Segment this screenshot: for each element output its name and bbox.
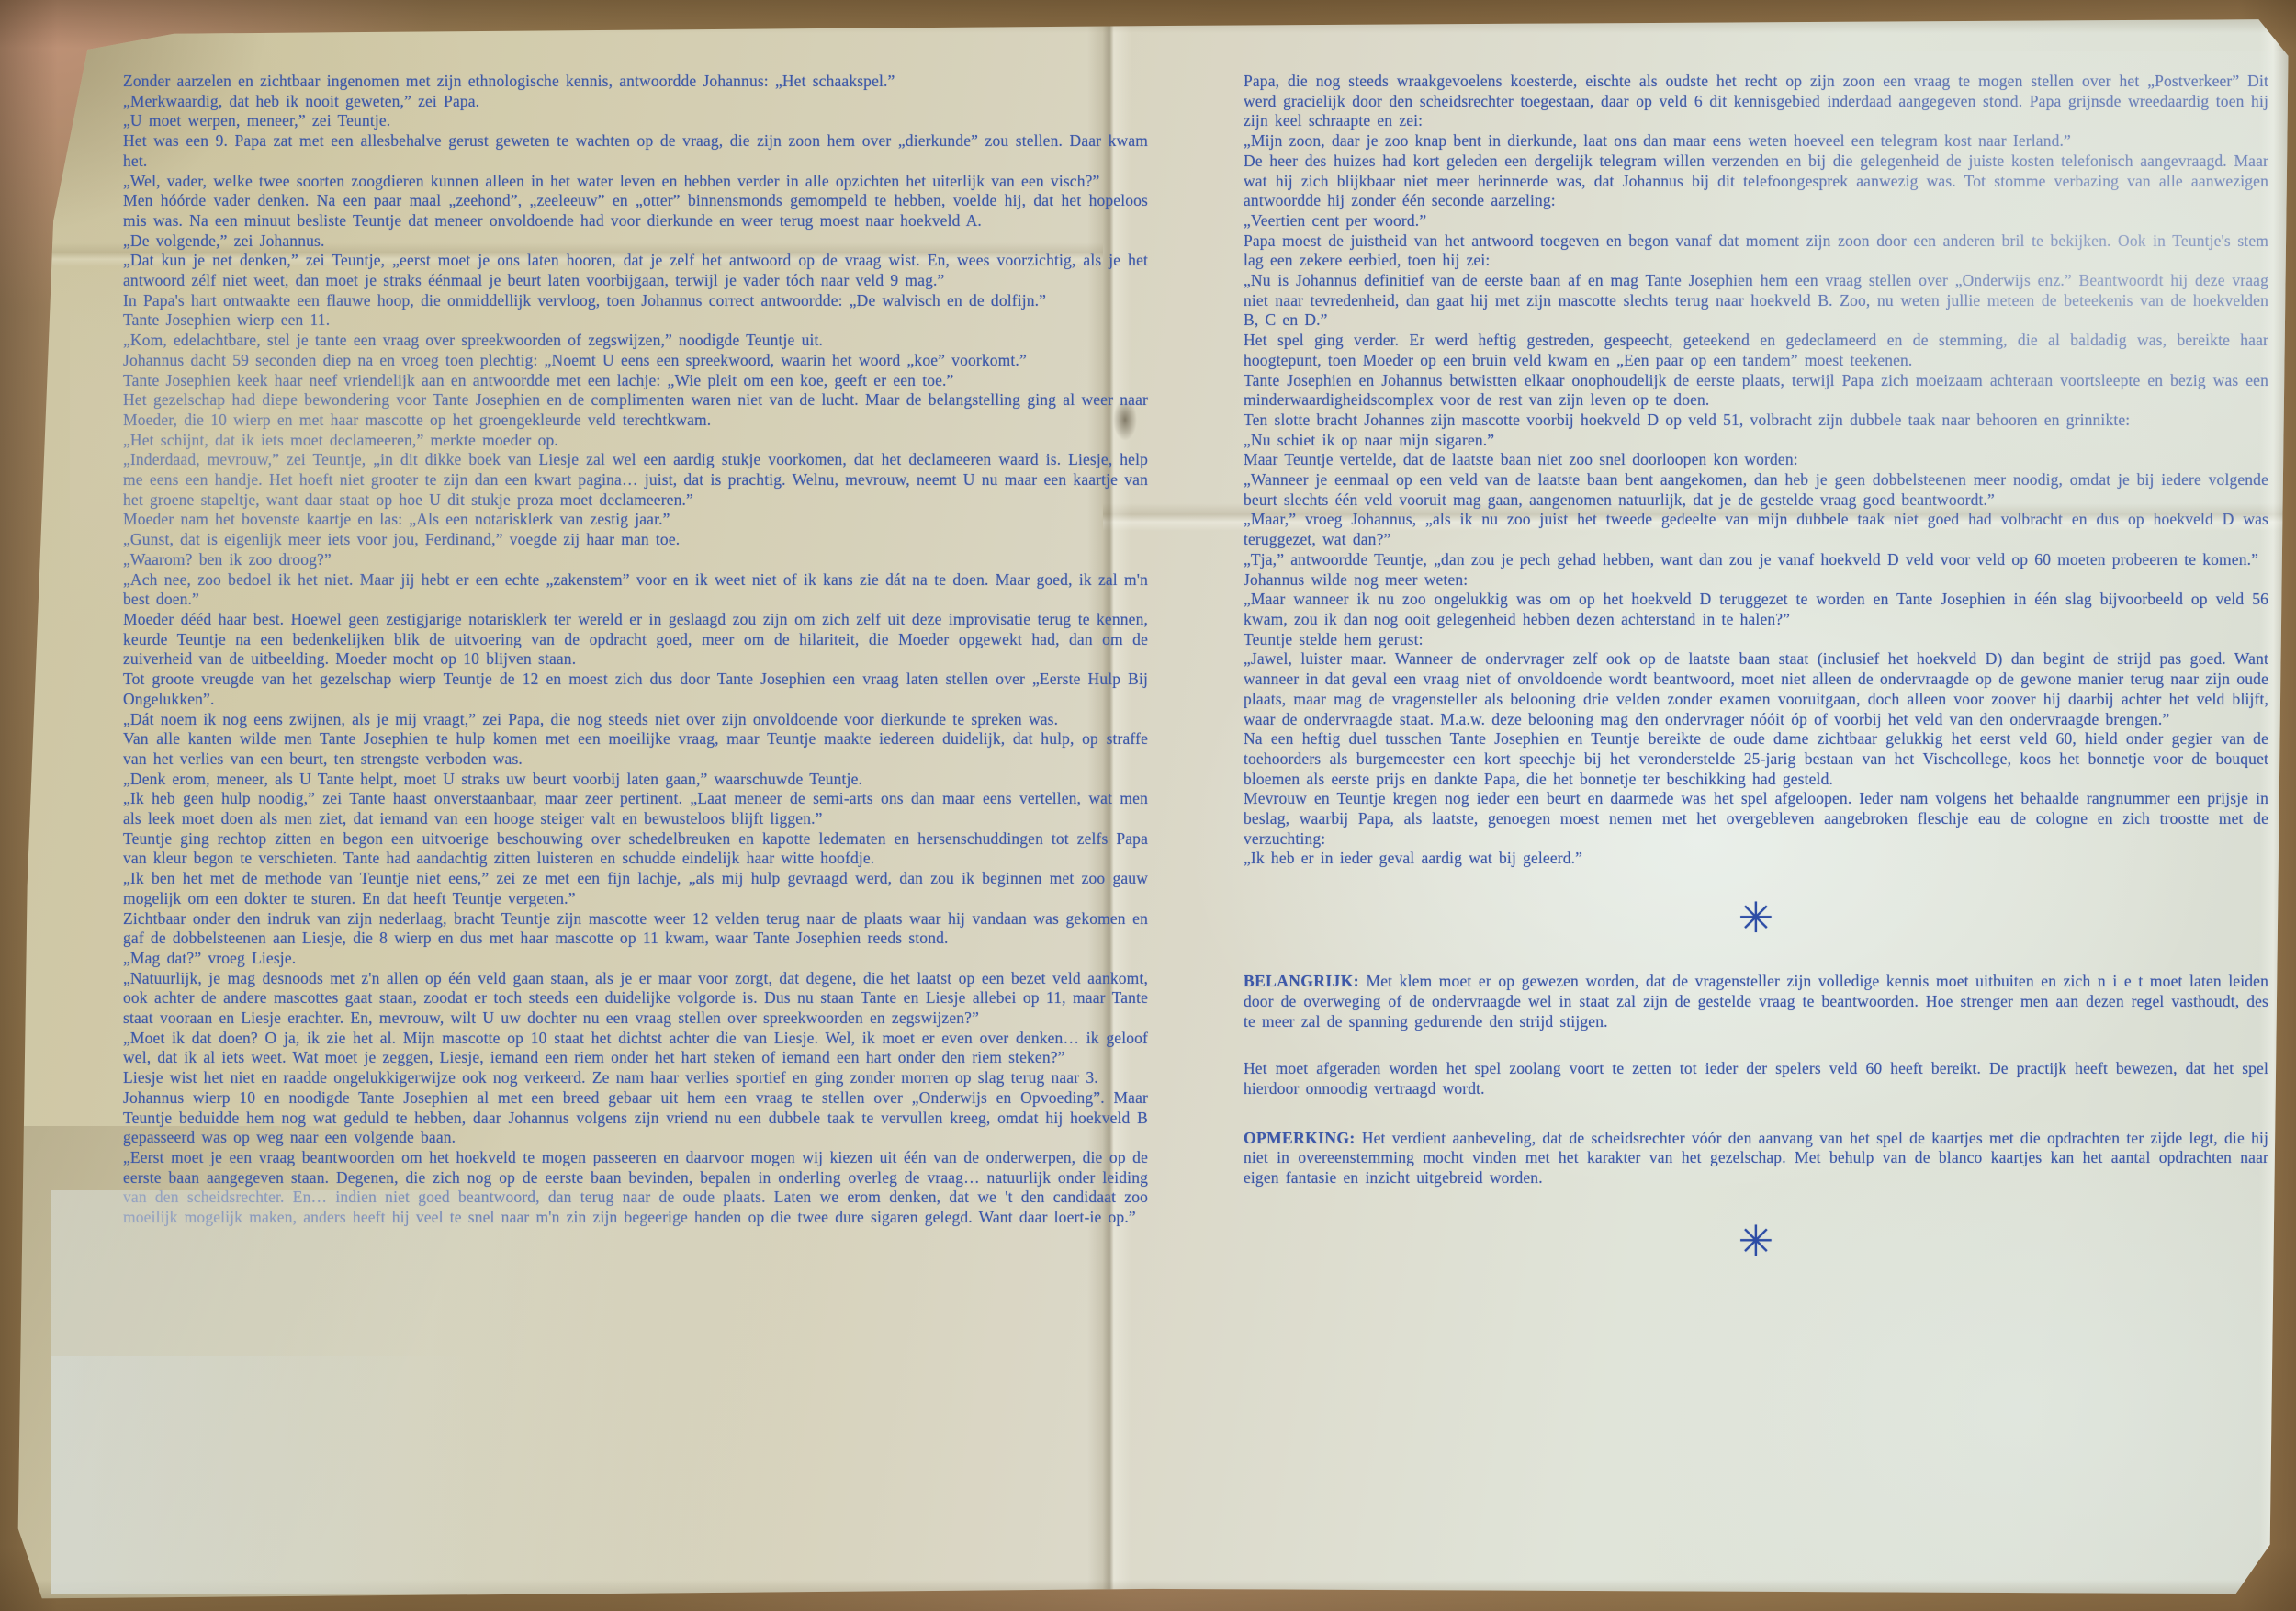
- paragraph: „Wanneer je eenmaal op een veld van de l…: [1244, 470, 2268, 510]
- paragraph: „Ach nee, zoo bedoel ik het niet. Maar j…: [123, 570, 1148, 610]
- paragraph: Moeder dééd haar best. Hoewel geen zesti…: [123, 610, 1148, 670]
- paragraph: Teuntje ging rechtop zitten en begon een…: [123, 829, 1148, 869]
- asterisk-separator: ✳: [1244, 1220, 2268, 1262]
- paragraph: „Ik ben het met de methode van Teuntje n…: [123, 869, 1148, 908]
- paragraph: Johannus wierp 10 en noodigde Tante Jose…: [123, 1088, 1148, 1148]
- paragraph: „Maar,” vroeg Johannus, „als ik nu zoo j…: [1244, 510, 2268, 549]
- advice-note: Het moet afgeraden worden het spel zoola…: [1244, 1059, 2268, 1098]
- paragraph: Men hóórde vader denken. Na een paar maa…: [123, 191, 1148, 231]
- paragraph: „Wel, vader, welke twee soorten zoogdier…: [123, 172, 1148, 192]
- important-note-label: BELANGRIJK:: [1244, 972, 1359, 990]
- paragraph: „Mag dat?” vroeg Liesje.: [123, 949, 1148, 969]
- paragraph: „U moet werpen, meneer,” zei Teuntje.: [123, 111, 1148, 131]
- paragraph: In Papa's hart ontwaakte een flauwe hoop…: [123, 291, 1148, 311]
- paragraph: Het gezelschap had diepe bewondering voo…: [123, 390, 1148, 430]
- paragraph: Zichtbaar onder den indruk van zijn nede…: [123, 909, 1148, 949]
- remark-note-text: Het verdient aanbeveling, dat de scheids…: [1244, 1129, 2268, 1187]
- scan-fade-overlay: [51, 1190, 878, 1594]
- paragraph: Papa, die nog steeds wraakgevoelens koes…: [1244, 72, 2268, 131]
- paragraph: „Nu schiet ik op naar mijn sigaren.”: [1244, 431, 2268, 451]
- paragraph: „De volgende,” zei Johannus.: [123, 231, 1148, 252]
- paragraph: Zonder aarzelen en zichtbaar ingenomen m…: [123, 72, 1148, 92]
- paragraph: Ten slotte bracht Johannes zijn mascotte…: [1244, 411, 2268, 431]
- paragraph: „Ik heb er in ieder geval aardig wat bij…: [1244, 849, 2268, 869]
- scanned-document-page: { "document": { "language": "nl", "ink_c…: [0, 0, 2296, 1611]
- paragraph: „Natuurlijk, je mag desnoods met z'n all…: [123, 969, 1148, 1029]
- paragraph: „Inderdaad, mevrouw,” zei Teuntje, „in d…: [123, 450, 1148, 510]
- left-column-text: Zonder aarzelen en zichtbaar ingenomen m…: [123, 72, 1148, 1228]
- paragraph: „Kom, edelachtbare, stel je tante een vr…: [123, 331, 1148, 351]
- scan-fade-overlay: [51, 1356, 474, 1594]
- paragraph: Papa moest de juistheid van het antwoord…: [1244, 231, 2268, 271]
- paragraph: „Het schijnt, dat ik iets moet declameer…: [123, 431, 1148, 451]
- paragraph: Liesje wist het niet en raadde ongelukki…: [123, 1068, 1148, 1088]
- right-column-story: Papa, die nog steeds wraakgevoelens koes…: [1244, 72, 2268, 869]
- paragraph: „Eerst moet je een vraag beantwoorden om…: [123, 1148, 1148, 1228]
- paragraph: Tante Josephien en Johannus betwistten e…: [1244, 371, 2268, 411]
- paragraph: Teuntje stelde hem gerust:: [1244, 630, 2268, 650]
- paragraph: „Nu is Johannus definitief van de eerste…: [1244, 271, 2268, 331]
- paragraph: „Gunst, dat is eigenlijk meer iets voor …: [123, 530, 1148, 550]
- paragraph: „Merkwaardig, dat heb ik nooit geweten,”…: [123, 92, 1148, 112]
- right-column: Papa, die nog steeds wraakgevoelens koes…: [1244, 72, 2268, 1262]
- paragraph: Het was een 9. Papa zat met een allesbeh…: [123, 131, 1148, 171]
- paragraph: „Ik heb geen hulp noodig,” zei Tante haa…: [123, 789, 1148, 828]
- remark-note: OPMERKING: Het verdient aanbeveling, dat…: [1244, 1129, 2268, 1189]
- important-note-text: Met klem moet er op gewezen worden, dat …: [1244, 972, 2268, 1030]
- paragraph: „Jawel, luister maar. Wanneer de ondervr…: [1244, 649, 2268, 729]
- remark-note-label: OPMERKING:: [1244, 1129, 1356, 1147]
- paragraph: Na een heftig duel tusschen Tante Joseph…: [1244, 729, 2268, 789]
- asterisk-separator: ✳: [1244, 896, 2268, 939]
- paragraph: „Tja,” antwoordde Teuntje, „dan zou je p…: [1244, 550, 2268, 570]
- paragraph: „Denk erom, meneer, als U Tante helpt, m…: [123, 770, 1148, 790]
- paragraph: „Dat kun je net denken,” zei Teuntje, „e…: [123, 251, 1148, 290]
- paragraph: „Dát noem ik nog eens zwijnen, als je mi…: [123, 710, 1148, 730]
- paragraph: „Waarom? ben ik zoo droog?”: [123, 550, 1148, 570]
- paragraph: „Veertien cent per woord.”: [1244, 211, 2268, 231]
- paragraph: Mevrouw en Teuntje kregen nog ieder een …: [1244, 789, 2268, 849]
- paragraph: „Moet ik dat doen? O ja, ik zie het al. …: [123, 1029, 1148, 1068]
- paragraph: Maar Teuntje vertelde, dat de laatste ba…: [1244, 450, 2268, 470]
- paragraph: „Maar wanneer ik nu zoo ongelukkig was o…: [1244, 590, 2268, 629]
- important-note: BELANGRIJK: Met klem moet er op gewezen …: [1244, 972, 2268, 1031]
- paragraph: Van alle kanten wilde men Tante Josephie…: [123, 729, 1148, 769]
- paragraph: Tante Josephien wierp een 11.: [123, 310, 1148, 331]
- paragraph: Het spel ging verder. Er werd heftig ges…: [1244, 331, 2268, 370]
- paragraph: Tot groote vreugde van het gezelschap wi…: [123, 670, 1148, 709]
- paragraph: Moeder nam het bovenste kaartje en las: …: [123, 510, 1148, 530]
- paragraph: „Mijn zoon, daar je zoo knap bent in die…: [1244, 131, 2268, 152]
- paragraph: De heer des huizes had kort geleden een …: [1244, 152, 2268, 211]
- paragraph: Johannus dacht 59 seconden diep na en vr…: [123, 351, 1148, 371]
- paragraph: Johannus wilde nog meer weten:: [1244, 570, 2268, 591]
- paragraph: Tante Josephien keek haar neef vriendeli…: [123, 371, 1148, 391]
- paper-sheet: Zonder aarzelen en zichtbaar ingenomen m…: [15, 15, 2290, 1600]
